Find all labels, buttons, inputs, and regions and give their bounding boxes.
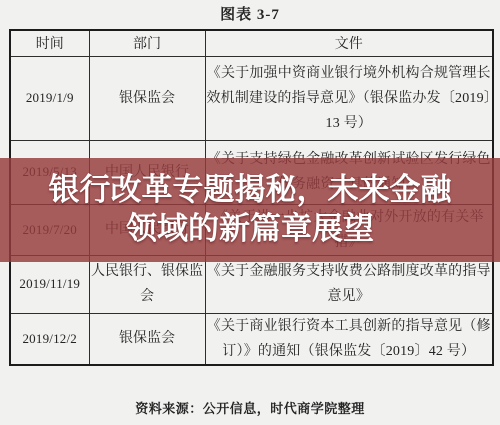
cell-date: 2019/12/2 xyxy=(10,313,89,365)
cell-department: 人民银行、银保监会 xyxy=(89,255,205,313)
figure-page: 图表 3-7 时间 部门 文件 2019/1/9 银保监会 《关于加强中资商业银… xyxy=(0,0,500,425)
cell-document: 《关于金融服务支持收费公路制度改革的指导意见》 xyxy=(205,255,493,313)
figure-title: 图表 3-7 xyxy=(0,3,500,24)
cell-department: 中国人民银行 xyxy=(89,204,205,255)
cell-department: 银保监会 xyxy=(89,56,205,140)
table-row: 2019/5/13 中国人民银行 《关于支持绿色金融改革创新试验区发行绿色债务融… xyxy=(10,140,493,204)
cell-date: 2019/11/19 xyxy=(10,255,89,313)
data-source-note: 资料来源：公开信息，时代商学院整理 xyxy=(0,398,500,417)
cell-date: 2019/5/13 xyxy=(10,140,89,204)
cell-document: 《关于商业银行资本工具创新的指导意见（修订）》的通知（银保监发〔2019〕42 … xyxy=(205,313,493,365)
table-row: 2019/11/19 人民银行、银保监会 《关于金融服务支持收费公路制度改革的指… xyxy=(10,255,493,313)
cell-date: 2019/7/20 xyxy=(10,204,89,255)
cell-department: 银保监会 xyxy=(89,313,205,365)
table-header-row: 时间 部门 文件 xyxy=(10,30,493,56)
cell-document: 《关于进一步扩大金融业对外开放的有关举措》 xyxy=(205,204,493,255)
cell-date: 2019/1/9 xyxy=(10,56,89,140)
header-department: 部门 xyxy=(89,30,205,56)
table-row: 2019/7/20 中国人民银行 《关于进一步扩大金融业对外开放的有关举措》 xyxy=(10,204,493,255)
cell-document: 《关于加强中资商业银行境外机构合规管理长效机制建设的指导意见》（银保监办发〔20… xyxy=(205,56,493,140)
header-document: 文件 xyxy=(205,30,493,56)
table-row: 2019/1/9 银保监会 《关于加强中资商业银行境外机构合规管理长效机制建设的… xyxy=(10,56,493,140)
policy-table: 时间 部门 文件 2019/1/9 银保监会 《关于加强中资商业银行境外机构合规… xyxy=(9,29,494,366)
header-time: 时间 xyxy=(10,30,89,56)
cell-document: 《关于支持绿色金融改革创新试验区发行绿色债务融资工具的通知》 xyxy=(205,140,493,204)
cell-department: 中国人民银行 xyxy=(89,140,205,204)
table-row: 2019/12/2 银保监会 《关于商业银行资本工具创新的指导意见（修订）》的通… xyxy=(10,313,493,365)
